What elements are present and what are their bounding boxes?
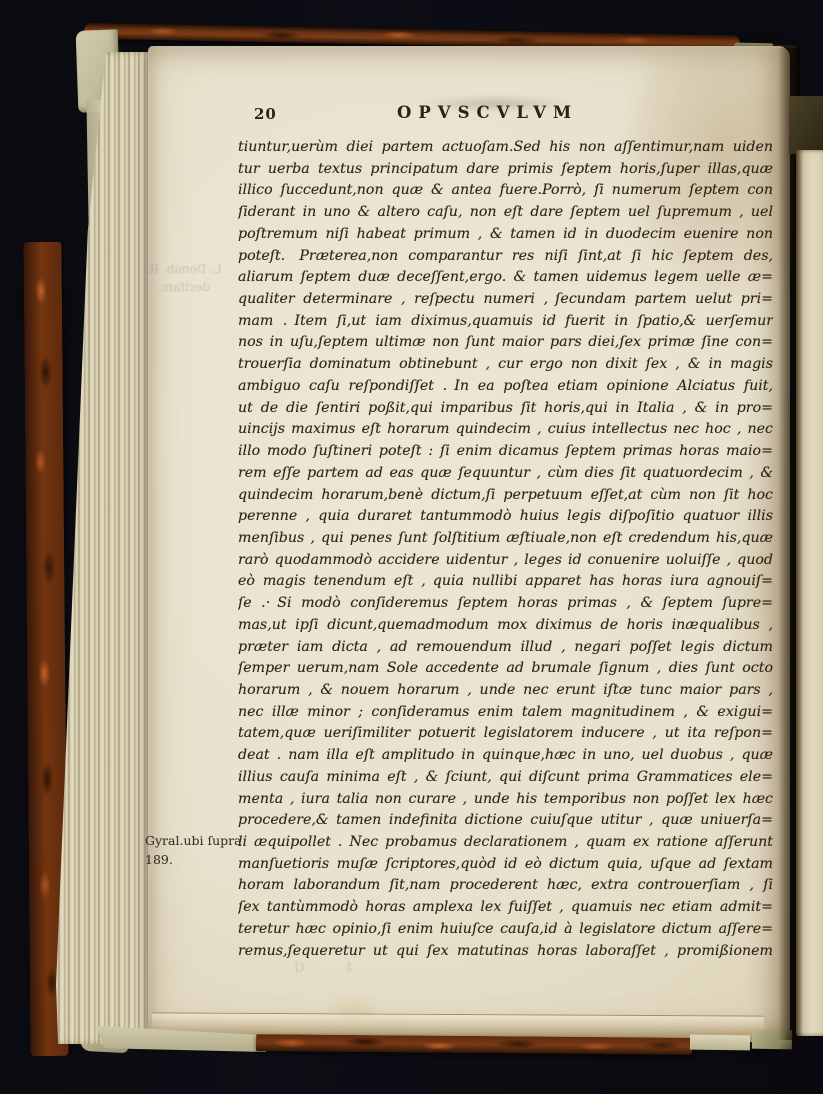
margin-note: Gyral.ubi ſupra 189. [145, 831, 245, 869]
text-line: ambiguo caſu reſpondiſſet . In ea poſtea… [238, 378, 773, 400]
text-line: uincijs maximus eſt horarum quindecim , … [238, 421, 773, 443]
text-line: perenne , quia duraret tantummodò huius … [238, 508, 773, 530]
text-line: præter iam dicta , ad remouendum illud ,… [238, 639, 773, 661]
text-line: eò magis tenendum eſt , quia nullibi app… [238, 573, 773, 595]
text-line: procedere,& tamen indefinita dictione cu… [238, 812, 773, 834]
text-line: illico ſuccedunt,non quæ & antea fuere.P… [238, 182, 773, 204]
showthrough-signature-mark: D 4 [294, 961, 371, 976]
text-line: manſuetioris muſæ ſcriptores,quòd id eò … [238, 856, 773, 878]
stacked-page-edges [56, 52, 162, 1044]
text-line: poteſt. Præterea,non comparantur res niſ… [238, 248, 773, 270]
text-line: quindecim horarum,benè dictum,ſi perpetu… [238, 487, 773, 509]
text-line: ſemper uerum,nam Sole accedente ad bruma… [238, 660, 773, 682]
marbled-cover-bottom-edge [256, 1034, 692, 1055]
showthrough-margin-note: L. Domib. R. deciſam. [130, 260, 238, 296]
text-line: ut de die ſentiri poßit,qui imparibus ſi… [238, 400, 773, 422]
text-line: rarò quodammodò accidere uidentur , lege… [238, 552, 773, 574]
text-line: deat . nam illa eſt amplitudo in quinque… [238, 747, 773, 769]
page-number: 20 [254, 105, 277, 123]
text-line: rem eſſe partem ad eas quæ ſequuntur , c… [238, 465, 773, 487]
margin-note-line: Gyral.ubi ſupra [145, 831, 245, 850]
text-line: poſtremum niſi habeat primum , & tamen i… [238, 226, 773, 248]
text-line: nec illæ minor ; conſideramus enim talem… [238, 704, 773, 726]
text-line: menta , iura talia non curare , unde his… [238, 791, 773, 813]
text-line: tur uerba textus principatum dare primis… [238, 161, 773, 183]
text-line: menſibus , qui penes ſunt ſolſtitium æſt… [238, 530, 773, 552]
text-line: illius cauſa minima eſt , & ſciunt, qui … [238, 769, 773, 791]
text-line: ſiderant in uno & altero caſu, non eſt d… [238, 204, 773, 226]
text-line: ſe .· Si modò conſideremus ſeptem horas … [238, 595, 773, 617]
text-line: trouerſia dominatum obtinebunt , cur erg… [238, 356, 773, 378]
text-line: tatem,quæ ueriſimiliter potuerit legisla… [238, 725, 773, 747]
text-line: qualiter determinare , reſpectu numeri ,… [238, 291, 773, 313]
facing-page-binding-bit [789, 96, 823, 154]
body-text: tiuntur,uerùm diei partem actuoſam.Sed h… [238, 139, 773, 964]
text-line: nos in uſu,ſeptem ultimæ non ſunt maior … [238, 334, 773, 356]
book-photo: 20 OPVSCVLVM tiuntur,uerùm diei partem a… [0, 0, 823, 1094]
margin-note-line: 189. [145, 850, 245, 869]
text-line: illo modo ſuſtineri poteſt : ſi enim dic… [238, 443, 773, 465]
text-line: horarum , & nouem horarum , unde nec eru… [238, 682, 773, 704]
running-title: OPVSCVLVM [397, 103, 578, 122]
text-line: teretur hæc opinio,ſi enim huiuſce cauſa… [238, 921, 773, 943]
vellum-bottom-right-edge [690, 1035, 750, 1051]
facing-page-edge [796, 150, 823, 1036]
text-line: ſex tantùmmodò horas amplexa lex fuiſſet… [238, 899, 773, 921]
text-line: mas,ut ipſi dicunt,quemadmodum mox dixim… [238, 617, 773, 639]
text-line: li æquipollet . Nec probamus declaration… [238, 834, 773, 856]
text-line: aliarum ſeptem duæ deceſſent,ergo. & tam… [238, 269, 773, 291]
text-line: horam laborandum ſit,nam procederent hæc… [238, 877, 773, 899]
text-line: mam . Item ſi,ut iam diximus,quamuis id … [238, 313, 773, 335]
text-line: tiuntur,uerùm diei partem actuoſam.Sed h… [238, 139, 773, 161]
